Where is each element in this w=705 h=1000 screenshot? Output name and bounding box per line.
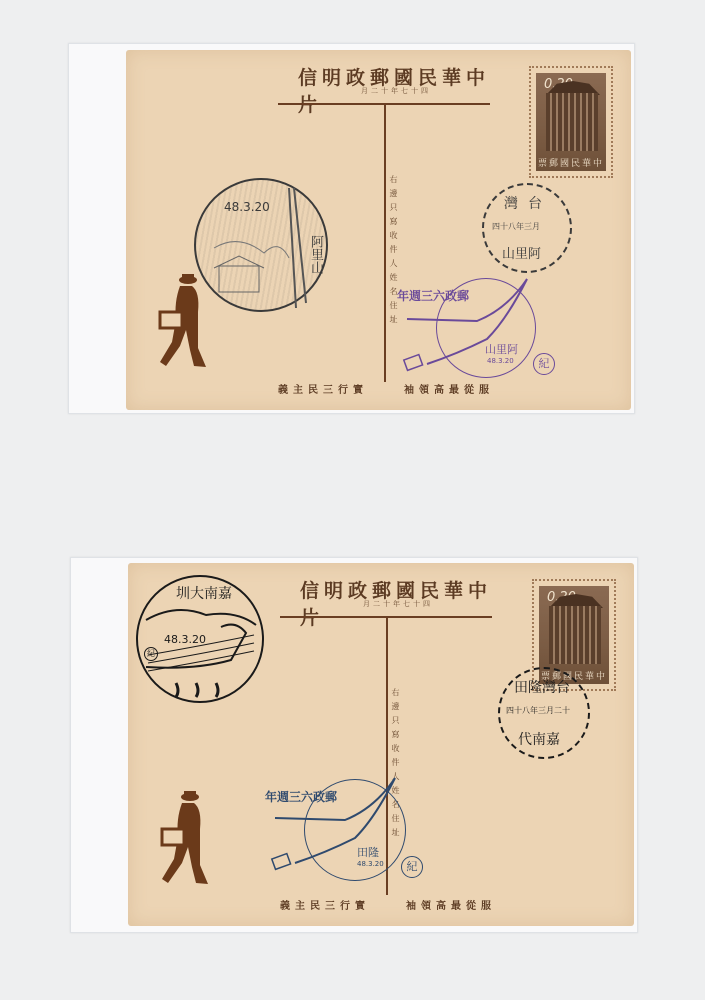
postmark-date: 48.3.20 xyxy=(164,633,206,646)
commemorative-mark: 紀 xyxy=(401,856,423,878)
commemorative-postmark: 郵政六三週年 隆田 48.3.20 紀 xyxy=(304,779,406,881)
cancel-top: 台灣隆田 xyxy=(514,677,570,697)
cancel-bottom: 阿里山 xyxy=(502,243,541,262)
slogan-left: 實行三民主義 xyxy=(278,381,368,396)
slogan-right: 服從最高領袖 xyxy=(404,381,494,396)
commemorative-mark: 紀 xyxy=(533,353,555,375)
cancel-middle: 四十八年三月二十 xyxy=(506,705,570,716)
slogan-left: 實行三民主義 xyxy=(280,897,370,912)
commemorative-date: 48.3.20 xyxy=(357,860,384,868)
commemorative-text: 郵政六三週年 xyxy=(397,287,469,304)
walking-postman-icon xyxy=(154,789,214,889)
pavilion-building-icon xyxy=(549,606,601,664)
dated-cancel-postmark: 台灣隆田 四十八年三月二十 嘉南代 xyxy=(498,667,590,759)
postmark-mark: 紀 xyxy=(144,647,158,661)
printed-stamp: 0.20 中華民國郵票 xyxy=(529,66,613,178)
commemorative-date: 48.3.20 xyxy=(487,357,514,365)
postmark-date: 48.3.20 xyxy=(224,200,270,214)
pavilion-building-icon xyxy=(546,93,598,151)
crane-with-letter-icon xyxy=(265,768,405,878)
pictorial-postmark: 48.3.20 阿里山 xyxy=(194,178,328,312)
pictorial-postmark: 嘉南大圳 48.3.20 紀 xyxy=(136,575,264,703)
issue-date: 四十七年十二月 xyxy=(346,86,446,96)
postmark-place: 阿里山 xyxy=(306,235,325,274)
cancel-bottom: 嘉南代 xyxy=(518,729,560,749)
cancel-middle: 四十八年三月 xyxy=(492,221,540,232)
commemorative-place: 阿里山 xyxy=(485,341,518,357)
walking-postman-icon xyxy=(152,272,212,372)
crane-with-letter-icon xyxy=(397,269,537,379)
commemorative-place: 隆田 xyxy=(357,844,379,860)
commemorative-postmark: 郵政六三週年 阿里山 48.3.20 紀 xyxy=(436,278,536,378)
slogan-right: 服從最高領袖 xyxy=(406,897,496,912)
postcard-2: 中華民國郵政明信片 四十七年十二月 右邊只寫收件人姓名住址 實行三民主義 服從最… xyxy=(128,563,634,926)
dated-cancel-postmark: 台灣 四十八年三月 阿里山 xyxy=(482,183,572,273)
stamp-image: 0.20 中華民國郵票 xyxy=(536,73,606,171)
issue-date: 四十七年十二月 xyxy=(348,599,448,609)
stamp-caption: 中華民國郵票 xyxy=(536,156,606,169)
commemorative-text: 郵政六三週年 xyxy=(265,788,337,805)
postcard-1: 中華民國郵政明信片 四十七年十二月 右邊只寫收件人姓名住址 實行三民主義 服從最… xyxy=(126,50,631,410)
postmark-place: 嘉南大圳 xyxy=(176,583,232,603)
cancel-top: 台灣 xyxy=(504,193,552,213)
